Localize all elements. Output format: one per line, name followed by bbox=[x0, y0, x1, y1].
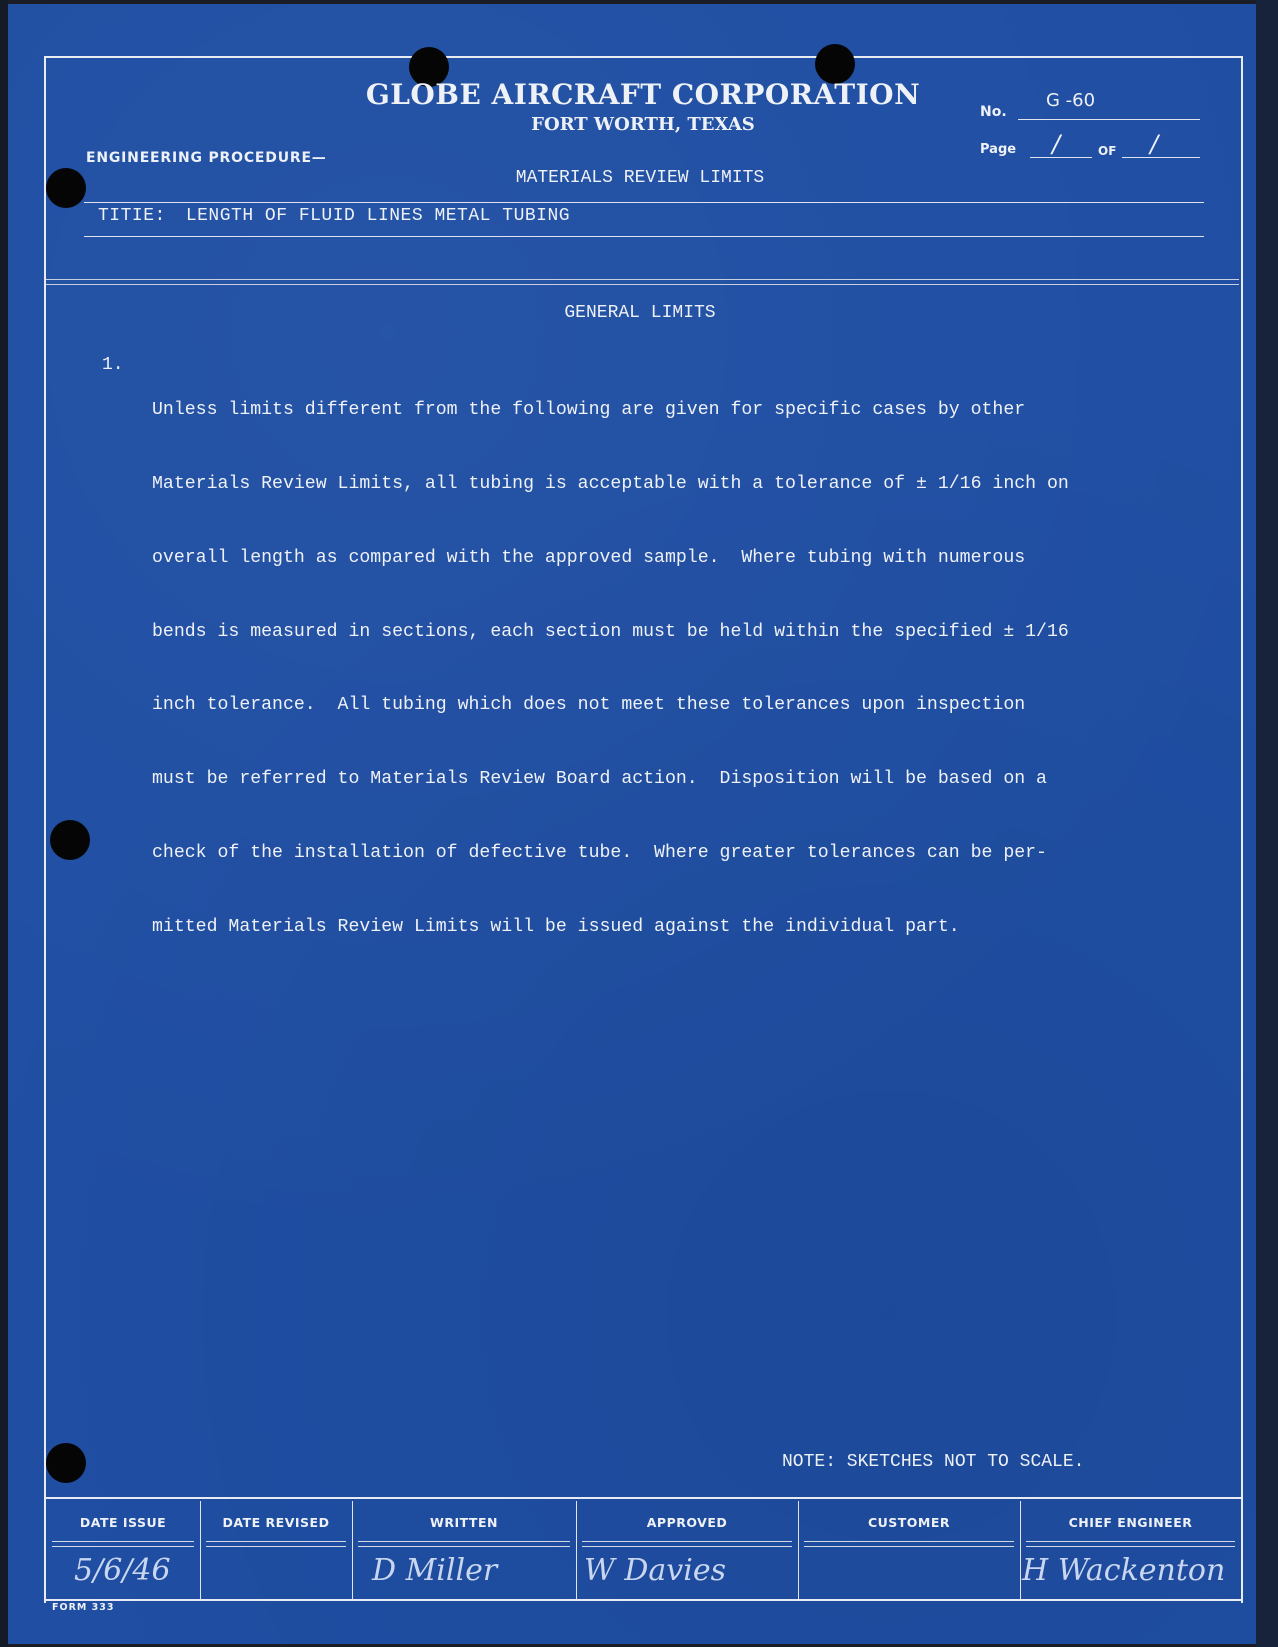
of-label: OF bbox=[1098, 144, 1116, 158]
document-number: G -60 bbox=[1046, 90, 1095, 111]
signature-block: DATE ISSUE 5/6/46 DATE REVISED WRITTEN D… bbox=[46, 1497, 1241, 1601]
divider bbox=[46, 1497, 1241, 1499]
procedure-label: ENGINEERING PROCEDURE— bbox=[86, 150, 327, 166]
column-label: DATE ISSUE bbox=[46, 1515, 200, 1530]
divider bbox=[46, 279, 1239, 280]
paragraph-line: must be referred to Materials Review Boa… bbox=[152, 767, 1212, 792]
paragraph-line: mitted Materials Review Limits will be i… bbox=[152, 915, 1212, 940]
column-label: APPROVED bbox=[576, 1515, 798, 1530]
column-date-issue: DATE ISSUE 5/6/46 bbox=[46, 1501, 200, 1599]
form-number: FORM 333 bbox=[52, 1602, 114, 1613]
page-line bbox=[1030, 157, 1092, 158]
approved-signature: W Davies bbox=[584, 1553, 726, 1588]
title-value: LENGTH OF FLUID LINES METAL TUBING bbox=[186, 206, 570, 226]
divider bbox=[46, 284, 1239, 285]
punch-hole-icon bbox=[46, 168, 86, 208]
paragraph-line: inch tolerance. All tubing which does no… bbox=[152, 693, 1212, 718]
sketch-note: NOTE: SKETCHES NOT TO SCALE. bbox=[782, 1452, 1084, 1472]
number-line bbox=[1018, 119, 1200, 120]
document-title: TITIE:LENGTH OF FLUID LINES METAL TUBING bbox=[98, 206, 570, 226]
paragraph-line: Unless limits different from the followi… bbox=[152, 398, 1212, 423]
page-label: Page bbox=[980, 142, 1016, 157]
company-name: GLOBE AIRCRAFT CORPORATION bbox=[300, 78, 986, 111]
column-approved: APPROVED W Davies bbox=[576, 1501, 798, 1599]
divider bbox=[84, 202, 1204, 203]
punch-hole-icon bbox=[46, 1443, 86, 1483]
paragraph-line: check of the installation of defective t… bbox=[152, 841, 1212, 866]
title-label: TITIE: bbox=[98, 206, 166, 226]
column-label: CUSTOMER bbox=[798, 1515, 1020, 1530]
divider bbox=[84, 236, 1204, 237]
company-location: FORT WORTH, TEXAS bbox=[400, 114, 886, 135]
column-date-revised: DATE REVISED bbox=[200, 1501, 352, 1599]
column-customer: CUSTOMER bbox=[798, 1501, 1020, 1599]
page-total: / bbox=[1150, 130, 1158, 158]
number-label: No. bbox=[980, 104, 1007, 120]
of-line bbox=[1122, 157, 1200, 158]
divider bbox=[46, 1599, 1241, 1601]
paragraph-line: overall length as compared with the appr… bbox=[152, 546, 1212, 571]
item-number: 1. bbox=[102, 355, 124, 375]
paragraph-line: bends is measured in sections, each sect… bbox=[152, 620, 1212, 645]
section-heading: GENERAL LIMITS bbox=[480, 303, 800, 323]
date-issue-value: 5/6/46 bbox=[74, 1553, 171, 1588]
column-label: CHIEF ENGINEER bbox=[1020, 1515, 1241, 1530]
document-subtitle: MATERIALS REVIEW LIMITS bbox=[420, 168, 860, 188]
written-signature: D Miller bbox=[372, 1553, 497, 1588]
page-number: / bbox=[1052, 130, 1060, 158]
column-label: WRITTEN bbox=[352, 1515, 576, 1530]
chief-engineer-signature: H Wackenton bbox=[1022, 1553, 1225, 1588]
column-label: DATE REVISED bbox=[200, 1515, 352, 1530]
punch-hole-icon bbox=[50, 820, 90, 860]
scan-edge-left bbox=[0, 0, 8, 1647]
column-written: WRITTEN D Miller bbox=[352, 1501, 576, 1599]
paragraph-line: Materials Review Limits, all tubing is a… bbox=[152, 472, 1212, 497]
column-chief-engineer: CHIEF ENGINEER H Wackenton bbox=[1020, 1501, 1241, 1599]
scan-edge-right bbox=[1256, 0, 1278, 1647]
item-paragraph: Unless limits different from the followi… bbox=[152, 349, 1212, 964]
